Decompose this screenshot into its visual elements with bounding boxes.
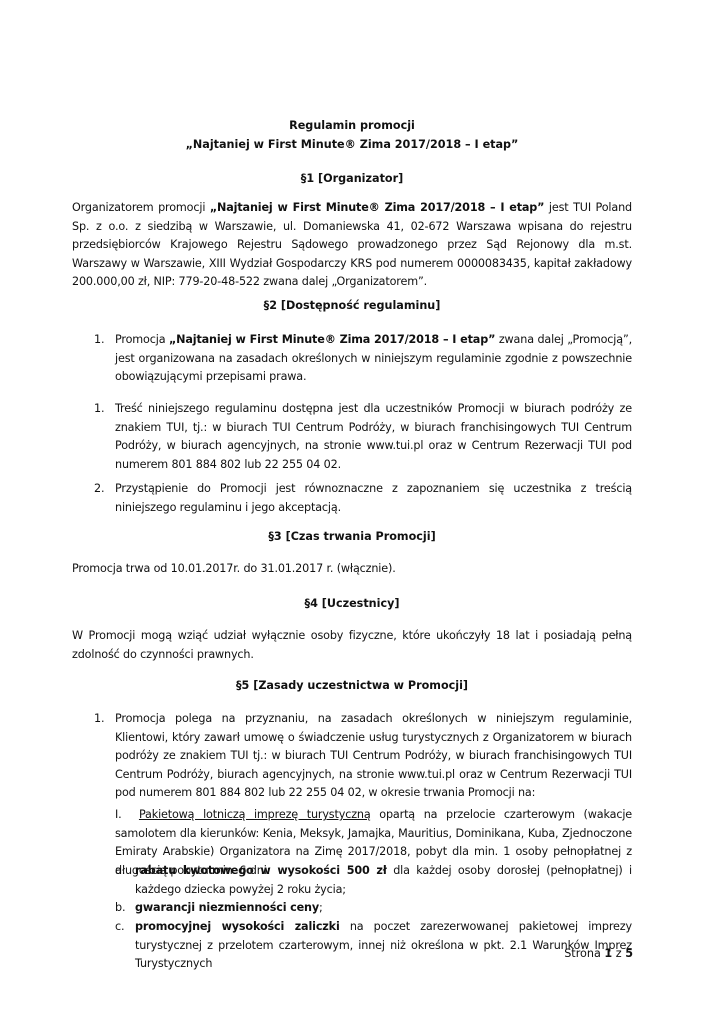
section-heading-3: §3 [Czas trwania Promocji]: [72, 530, 632, 543]
participants-paragraph: W Promocji mogą wziąć udział wyłącznie o…: [72, 627, 632, 664]
item-number: 1.: [94, 710, 104, 729]
footer-sep: z: [612, 947, 625, 960]
item-number: 2.: [94, 480, 104, 499]
bold-promo-name: „Najtaniej w First Minute® Zima 2017/201…: [210, 201, 545, 214]
text: Promocja: [115, 333, 169, 346]
text: jest TUI Poland Sp. z o.o. z siedzibą w …: [72, 201, 632, 288]
bold-text: promocyjnej wysokości zaliczki: [135, 920, 340, 933]
bold-text: rabatu kwotowego w wysokości 500 zł: [135, 864, 387, 877]
page-number: Strona 1 z 5: [564, 947, 633, 960]
text: ;: [319, 901, 323, 914]
point-a: a. rabatu kwotowego w wysokości 500 zł d…: [115, 862, 632, 899]
item-number: 1.: [94, 331, 104, 350]
total-pages: 5: [625, 947, 633, 960]
section-heading-1: §1 [Organizator]: [72, 172, 632, 185]
item-text: Przystąpienie do Promocji jest równoznac…: [115, 480, 632, 517]
bold-promo-name: „Najtaniej w First Minute® Zima 2017/201…: [169, 333, 495, 346]
point-letter: a.: [115, 862, 125, 881]
roman-numeral: I.: [115, 808, 122, 821]
document-title: Regulamin promocji: [72, 119, 632, 132]
list-item: 1. Promocja polega na przyznaniu, na zas…: [72, 710, 632, 803]
list-item: 1. Promocja „Najtaniej w First Minute® Z…: [72, 331, 632, 387]
promotion-name: „Najtaniej w First Minute® Zima 2017/201…: [72, 138, 632, 151]
point-b: b. gwarancji niezmienności ceny;: [115, 899, 632, 918]
section-heading-2: §2 [Dostępność regulaminu]: [72, 299, 632, 312]
document-page: Regulamin promocji „Najtaniej w First Mi…: [0, 0, 703, 1024]
underlined-text: Pakietową lotniczą imprezę turystyczną: [139, 808, 371, 821]
item-number: 1.: [94, 400, 104, 419]
point-letter: b.: [115, 899, 125, 918]
point-letter: c.: [115, 918, 124, 937]
item-text: Treść niniejszego regulaminu dostępna je…: [115, 400, 632, 474]
footer-label: Strona: [564, 947, 604, 960]
text: Organizatorem promocji: [72, 201, 210, 214]
item-text: Promocja polega na przyznaniu, na zasada…: [115, 710, 632, 803]
point-c: c. promocyjnej wysokości zaliczki na poc…: [115, 918, 632, 974]
organizer-paragraph: Organizatorem promocji „Najtaniej w Firs…: [72, 199, 632, 292]
duration-paragraph: Promocja trwa od 10.01.2017r. do 31.01.2…: [72, 560, 632, 579]
section-heading-4: §4 [Uczestnicy]: [72, 597, 632, 610]
section-heading-5: §5 [Zasady uczestnictwa w Promocji]: [72, 679, 632, 692]
list-item: 1. Treść niniejszego regulaminu dostępna…: [72, 400, 632, 474]
list-item: 2. Przystąpienie do Promocji jest równoz…: [72, 480, 632, 517]
bold-text: gwarancji niezmienności ceny: [135, 901, 319, 914]
